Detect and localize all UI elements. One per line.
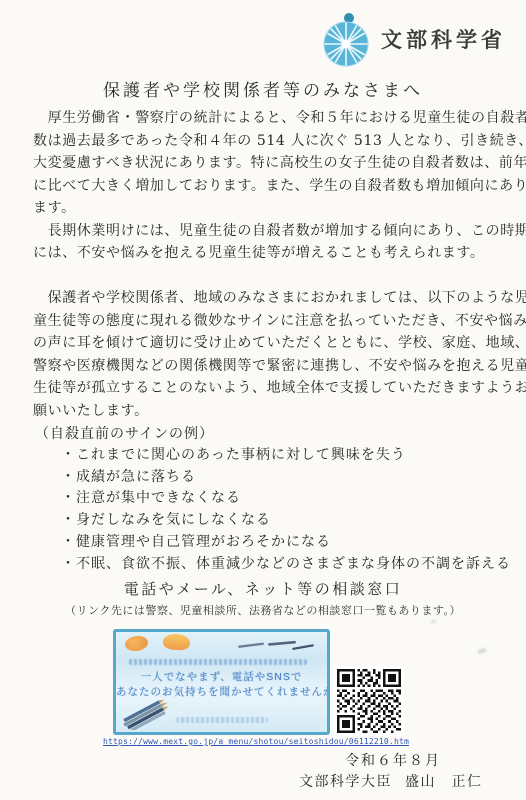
- paragraph-line: の声に耳を傾けて適切に受け止めていただくとともに、学校、家庭、地域、: [33, 332, 499, 355]
- sign-item: ・注意が集中できなくなる: [61, 488, 511, 510]
- sign-item: ・身だしなみを気にしなくなる: [61, 510, 511, 532]
- consultation-url-link[interactable]: https://www.mext.go.jp/a_menu/shotou/sei…: [103, 737, 409, 746]
- colored-pencils-illustration: [118, 700, 174, 730]
- paragraph-line: に比べて大きく増加しております。また、学生の自殺者数も増加傾向にあり: [33, 175, 499, 198]
- scan-artifact: [478, 648, 487, 654]
- page-title: 保護者や学校関係者等のみなさまへ: [0, 76, 526, 101]
- paragraph-statistics: 厚生労働省・警察庁の統計によると、令和５年における児童生徒の自殺者数は過去最多で…: [33, 107, 499, 265]
- scan-artifact: [431, 620, 436, 623]
- paragraph-line: 警察や医療機関などの関係機関等で緊密に連携し、不安や悩みを抱える児童: [33, 355, 499, 378]
- signs-list-label: （自殺直前のサインの例）: [35, 423, 214, 443]
- document-date: 令和６年８月: [345, 750, 441, 770]
- sign-item: ・これまでに関心のあった事柄に対して興味を失う: [61, 445, 511, 467]
- paragraph-line: 生徒等が孤立することのないよう、地域全体で支援していただきますようお: [33, 377, 499, 400]
- paragraph-request: 保護者や学校関係者、地域のみなさまにおかれましては、以下のような児童生徒等の態度…: [33, 287, 499, 422]
- sign-item: ・成績が急に落ちる: [61, 467, 511, 489]
- banner-caption-blurred: [176, 717, 268, 723]
- paragraph-line: 長期休業明けには、児童生徒の自殺者数が増加する傾向にあり、この時期: [33, 220, 499, 243]
- orange-illustration: [124, 634, 149, 652]
- paragraph-line: ます。: [33, 197, 499, 220]
- banner-message-line2: あなたのお気持ちを聞かせてくれませんか: [116, 684, 327, 699]
- pens-illustration: [234, 638, 316, 654]
- sign-item: ・健康管理や自己管理がおろそかになる: [61, 532, 511, 554]
- signer-name: 盛山 正仁: [405, 771, 483, 791]
- mext-logo: 文部科学省: [322, 11, 506, 67]
- ministry-name: 文部科学省: [381, 24, 506, 54]
- paragraph-line: 保護者や学校関係者、地域のみなさまにおかれましては、以下のような児: [33, 287, 499, 310]
- qr-code: [334, 666, 404, 736]
- sign-item: ・不眠、食欲不振、体重減少などのさまざまな身体の不調を訴える: [61, 554, 511, 576]
- scanned-letter-page: 文部科学省 保護者や学校関係者等のみなさまへ 厚生労働省・警察庁の統計によると、…: [0, 0, 526, 800]
- banner-message-line1: 一人でなやまず、電話やSNSで: [116, 669, 327, 684]
- signer-title: 文部科学大臣: [299, 771, 392, 791]
- paragraph-line: 大変憂慮すべき状況にあります。特に高校生の女子生徒の自殺者数は、前年: [33, 152, 499, 175]
- contact-section-note: （リンク先には警察、児童相談所、法務省などの相談窓口一覧もあります。）: [0, 602, 526, 618]
- mext-flower-icon: [322, 11, 372, 67]
- paragraph-line: 厚生労働省・警察庁の統計によると、令和５年における児童生徒の自殺者: [33, 107, 499, 130]
- contact-section-heading: 電話やメール、ネット等の相談窓口: [0, 578, 526, 599]
- paragraph-line: には、不安や悩みを抱える児童生徒等が増えることも考えられます。: [33, 242, 499, 265]
- sos-consultation-banner[interactable]: 一人でなやまず、電話やSNSで あなたのお気持ちを聞かせてくれませんか: [113, 629, 330, 735]
- paragraph-line: 願いいたします。: [33, 400, 499, 423]
- peach-illustration: [162, 633, 190, 651]
- signs-list: ・これまでに関心のあった事柄に対して興味を失う・成績が急に落ちる・注意が集中でき…: [61, 445, 511, 575]
- banner-small-text-blurred: [129, 659, 307, 665]
- signature-line: 文部科学大臣 盛山 正仁: [299, 771, 483, 791]
- paragraph-line: 童生徒等の態度に現れる微妙なサインに注意を払っていただき、不安や悩み: [33, 310, 499, 333]
- paragraph-line: 数は過去最多であった令和４年の 514 人に次ぐ 513 人となり、引き続き、: [33, 130, 499, 153]
